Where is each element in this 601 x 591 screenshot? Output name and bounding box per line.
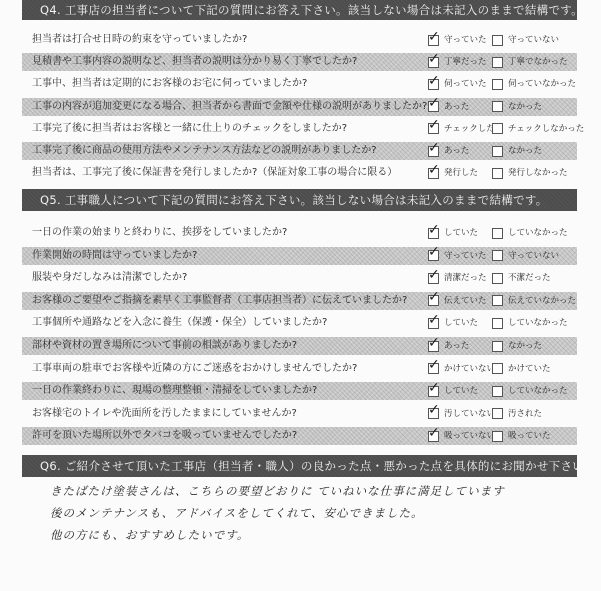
question-row: 工事の内容が追加変更になる場合、担当者から書面で金額や仕様の説明がありましたか?… [22, 98, 577, 116]
question-text: 服装や身だしなみは清潔でしたか? [32, 269, 187, 287]
option-label: していた [444, 224, 478, 242]
option-yes[interactable]: ✓伝えていた [428, 292, 487, 310]
checkbox[interactable] [492, 408, 503, 419]
option-yes[interactable]: ✓していた [428, 382, 478, 400]
question-row: 工事完了後に商品の使用方法やメンテナンス方法などの説明がありましたか?✓あったな… [22, 142, 577, 160]
option-label: あった [444, 337, 469, 355]
checkbox[interactable] [492, 273, 503, 284]
question-row: お客様のご要望やご指摘を素早く工事監督者（工事店担当者）に伝えていましたか?✓伝… [22, 292, 577, 310]
option-no[interactable]: していなかった [492, 224, 568, 242]
option-yes[interactable]: ✓あった [428, 337, 469, 355]
option-yes[interactable]: ✓伺っていた [428, 75, 487, 93]
checkbox[interactable]: ✓ [428, 35, 439, 46]
option-yes[interactable]: ✓していた [428, 314, 478, 332]
question-text: 工事の内容が追加変更になる場合、担当者から書面で金額や仕様の説明がありましたか? [32, 98, 427, 116]
question-text: 作業開始の時間は守っていましたか? [32, 247, 197, 265]
question-row: 見積書や工事内容の説明など、担当者の説明は分かり易く丁寧でしたか?✓丁寧だった丁… [22, 53, 577, 71]
option-no[interactable]: していなかった [492, 314, 568, 332]
option-label: 守っていない [508, 31, 559, 49]
checkbox[interactable] [492, 146, 503, 157]
option-yes[interactable]: ✓守っていた [428, 247, 487, 265]
q4-header: Q4. 工事店の担当者について下記の質問にお答え下さい。該当しない場合は未記入の… [22, 0, 577, 20]
checkbox[interactable]: ✓ [428, 431, 439, 442]
checkbox[interactable]: ✓ [428, 250, 439, 261]
checkbox[interactable] [492, 363, 503, 374]
question-row: 工事中、担当者は定期的にお客様のお宅に伺っていましたか?✓伺っていた伺っていなか… [22, 75, 577, 93]
option-yes[interactable]: ✓清潔だった [428, 269, 487, 287]
option-no[interactable]: 吸っていた [492, 427, 551, 445]
option-label: なかった [508, 142, 542, 160]
option-yes[interactable]: ✓かけていない [428, 360, 495, 378]
option-no[interactable]: 発行しなかった [492, 164, 568, 182]
checkmark-icon: ✓ [428, 30, 440, 44]
checkmark-icon: ✓ [428, 358, 440, 372]
checkmark-icon: ✓ [428, 74, 440, 88]
option-label: 丁寧でなかった [508, 53, 568, 71]
question-text: お客様のご要望やご指摘を素早く工事監督者（工事店担当者）に伝えていましたか? [32, 292, 407, 310]
checkmark-icon: ✓ [428, 426, 440, 440]
question-row: 一日の作業終わりに、現場の整理整頓・清掃をしていましたか?✓していたしていなかっ… [22, 382, 577, 400]
checkmark-icon: ✓ [428, 403, 440, 417]
option-no[interactable]: 不潔だった [492, 269, 551, 287]
question-text: 一日の作業終わりに、現場の整理整頓・清掃をしていましたか? [32, 382, 317, 400]
checkbox[interactable]: ✓ [428, 123, 439, 134]
checkbox[interactable] [492, 35, 503, 46]
checkmark-icon: ✓ [428, 336, 440, 350]
answer-line-2: 後のメンテナンスも、アドバイスをしてくれて、安心できました。 [50, 505, 424, 521]
option-label: あった [444, 98, 469, 116]
checkbox[interactable] [492, 168, 503, 179]
option-label: 汚していない [444, 405, 495, 423]
option-no[interactable]: していなかった [492, 382, 568, 400]
checkbox[interactable]: ✓ [428, 79, 439, 90]
option-yes[interactable]: ✓していた [428, 224, 478, 242]
option-label: チェックした [444, 120, 495, 138]
checkbox[interactable] [492, 123, 503, 134]
option-label: かけていた [508, 360, 551, 378]
question-row: 工事完了後に担当者はお客様と一緒に仕上りのチェックをしましたか?✓チェックしたチ… [22, 120, 577, 138]
checkmark-icon: ✓ [428, 381, 440, 395]
option-label: あった [444, 142, 469, 160]
option-label: 吸っていた [508, 427, 551, 445]
checkbox[interactable]: ✓ [428, 168, 439, 179]
option-label: 汚された [508, 405, 542, 423]
option-no[interactable]: 汚された [492, 405, 542, 423]
option-label: 伝えていなかった [508, 292, 576, 310]
question-row: 担当者は打合せ日時の約束を守っていましたか?✓守っていた守っていない [22, 31, 577, 49]
question-row: 許可を頂いた場所以外でタバコを吸っていませんでしたか?✓吸っていない吸っていた [22, 427, 577, 445]
option-label: していた [444, 314, 478, 332]
question-row: 部材や資材の置き場所について事前の相談がありましたか?✓あったなかった [22, 337, 577, 355]
question-text: 見積書や工事内容の説明など、担当者の説明は分かり易く丁寧でしたか? [32, 53, 357, 71]
answer-line-1: きたばたけ塗装さんは、こちらの要望どおりに ていねいな仕事に満足しています [50, 483, 505, 499]
option-label: かけていない [444, 360, 495, 378]
option-yes[interactable]: ✓チェックした [428, 120, 495, 138]
option-label: 不潔だった [508, 269, 551, 287]
checkbox[interactable]: ✓ [428, 341, 439, 352]
option-no[interactable]: チェックしなかった [492, 120, 584, 138]
checkbox[interactable] [492, 318, 503, 329]
question-row: 作業開始の時間は守っていましたか?✓守っていた守っていない [22, 247, 577, 265]
checkbox[interactable] [492, 228, 503, 239]
checkmark-icon: ✓ [428, 290, 440, 304]
option-label: 守っていた [444, 247, 487, 265]
checkmark-icon: ✓ [428, 141, 440, 155]
checkmark-icon: ✓ [428, 313, 440, 327]
question-text: 工事完了後に商品の使用方法やメンテナンス方法などの説明がありましたか? [32, 142, 377, 160]
option-yes[interactable]: ✓発行した [428, 164, 478, 182]
option-label: 伺っていなかった [508, 75, 576, 93]
q6-header: Q6. ご紹介させて頂いた工事店（担当者・職人）の良かった点・悪かった点を具体的… [22, 455, 577, 477]
option-label: していなかった [508, 382, 568, 400]
question-text: お客様宅のトイレや洗面所を汚したままにしていませんか? [32, 405, 297, 423]
checkbox[interactable]: ✓ [428, 363, 439, 374]
option-label: していなかった [508, 314, 568, 332]
option-label: 発行した [444, 164, 478, 182]
option-yes[interactable]: ✓あった [428, 98, 469, 116]
option-label: チェックしなかった [508, 120, 584, 138]
checkmark-icon: ✓ [428, 118, 440, 132]
checkmark-icon: ✓ [428, 268, 440, 282]
option-no[interactable]: 丁寧でなかった [492, 53, 568, 71]
checkbox[interactable]: ✓ [428, 295, 439, 306]
option-no[interactable]: かけていた [492, 360, 551, 378]
checkbox[interactable]: ✓ [428, 57, 439, 68]
option-yes[interactable]: ✓汚していない [428, 405, 495, 423]
option-label: なかった [508, 337, 542, 355]
checkbox[interactable]: ✓ [428, 146, 439, 157]
question-text: 工事車両の駐車でお客様や近隣の方にご迷惑をおかけしませんでしたか? [32, 360, 357, 378]
question-row: 服装や身だしなみは清潔でしたか?✓清潔だった不潔だった [22, 269, 577, 287]
option-no[interactable]: 守っていない [492, 247, 559, 265]
option-yes[interactable]: ✓守っていた [428, 31, 487, 49]
option-label: していた [444, 382, 478, 400]
question-text: 工事中、担当者は定期的にお客様のお宅に伺っていましたか? [32, 75, 307, 93]
checkmark-icon: ✓ [428, 245, 440, 259]
question-row: 一日の作業の始まりと終わりに、挨拶をしていましたか?✓していたしていなかった [22, 224, 577, 242]
checkbox[interactable] [492, 295, 503, 306]
checkbox[interactable] [492, 341, 503, 352]
option-yes[interactable]: ✓丁寧だった [428, 53, 487, 71]
checkbox[interactable] [492, 431, 503, 442]
checkbox[interactable] [492, 57, 503, 68]
question-text: 担当者は打合せ日時の約束を守っていましたか? [32, 31, 247, 49]
checkmark-icon: ✓ [428, 52, 440, 66]
option-label: 発行しなかった [508, 164, 568, 182]
checkbox[interactable]: ✓ [428, 408, 439, 419]
option-yes[interactable]: ✓吸っていない [428, 427, 495, 445]
question-row: お客様宅のトイレや洗面所を汚したままにしていませんか?✓汚していない汚された [22, 405, 577, 423]
question-row: 工事個所や通路などを入念に養生（保護・保全）していましたか?✓していたしていなか… [22, 314, 577, 332]
option-label: 伺っていた [444, 75, 487, 93]
question-text: 許可を頂いた場所以外でタバコを吸っていませんでしたか? [32, 427, 297, 445]
q5-header: Q5. 工事職人について下記の質問にお答え下さい。該当しない場合は未記入のままで… [22, 189, 577, 211]
option-label: 吸っていない [444, 427, 495, 445]
checkbox[interactable]: ✓ [428, 386, 439, 397]
question-text: 一日の作業の始まりと終わりに、挨拶をしていましたか? [32, 224, 287, 242]
checkbox[interactable]: ✓ [428, 273, 439, 284]
option-no[interactable]: 守っていない [492, 31, 559, 49]
option-no[interactable]: 伺っていなかった [492, 75, 576, 93]
checkbox[interactable] [492, 101, 503, 112]
question-text: 担当者は、工事完了後に保証書を発行しましたか?（保証対象工事の場合に限る） [32, 164, 397, 182]
option-label: 守っていない [508, 247, 559, 265]
checkbox[interactable] [492, 79, 503, 90]
checkmark-icon: ✓ [428, 96, 440, 110]
answer-line-3: 他の方にも、おすすめしたいです。 [50, 527, 249, 543]
option-label: 清潔だった [444, 269, 487, 287]
question-text: 部材や資材の置き場所について事前の相談がありましたか? [32, 337, 297, 355]
option-yes[interactable]: ✓あった [428, 142, 469, 160]
checkbox[interactable] [492, 386, 503, 397]
option-label: していなかった [508, 224, 568, 242]
checkmark-icon: ✓ [428, 163, 440, 177]
option-label: 伝えていた [444, 292, 487, 310]
option-label: 丁寧だった [444, 53, 487, 71]
checkbox[interactable] [492, 250, 503, 261]
question-text: 工事個所や通路などを入念に養生（保護・保全）していましたか? [32, 314, 327, 332]
question-text: 工事完了後に担当者はお客様と一緒に仕上りのチェックをしましたか? [32, 120, 347, 138]
checkbox[interactable]: ✓ [428, 318, 439, 329]
option-no[interactable]: なかった [492, 337, 542, 355]
option-label: 守っていた [444, 31, 487, 49]
option-no[interactable]: 伝えていなかった [492, 292, 576, 310]
option-no[interactable]: なかった [492, 98, 542, 116]
checkmark-icon: ✓ [428, 223, 440, 237]
checkbox[interactable]: ✓ [428, 228, 439, 239]
option-label: なかった [508, 98, 542, 116]
checkbox[interactable]: ✓ [428, 101, 439, 112]
question-row: 担当者は、工事完了後に保証書を発行しましたか?（保証対象工事の場合に限る）✓発行… [22, 164, 577, 182]
option-no[interactable]: なかった [492, 142, 542, 160]
question-row: 工事車両の駐車でお客様や近隣の方にご迷惑をおかけしませんでしたか?✓かけていない… [22, 360, 577, 378]
